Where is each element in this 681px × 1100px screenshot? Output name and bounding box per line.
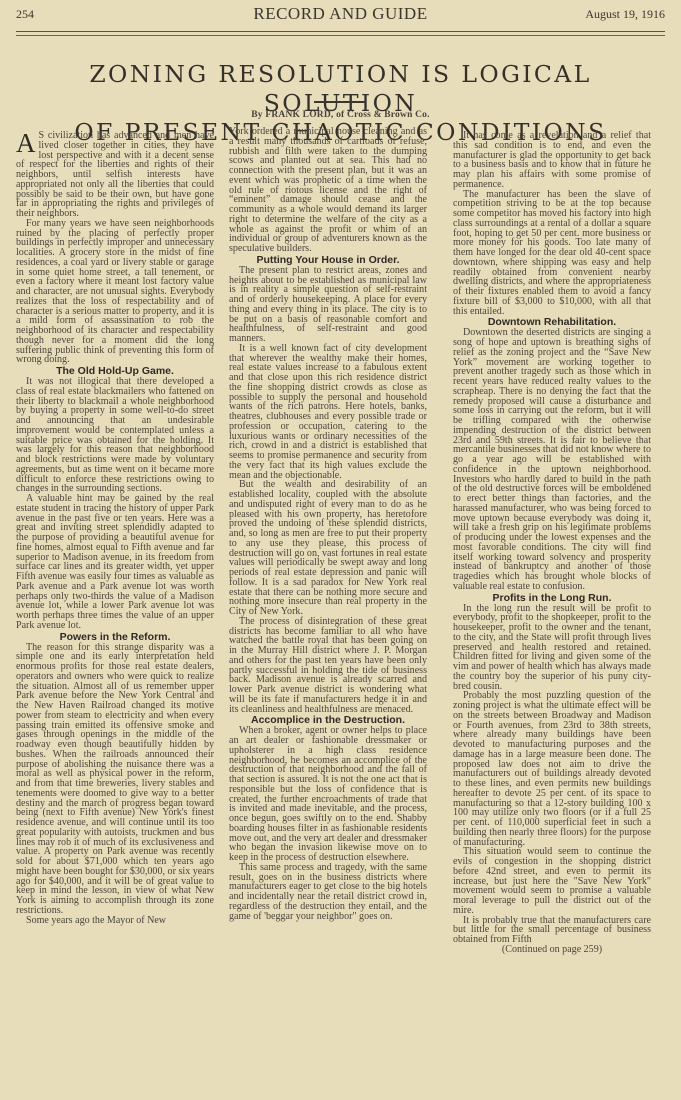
paragraph: The manufacturer has been the slave of c…: [453, 190, 651, 317]
paragraph: Some years ago the Mayor of New: [16, 916, 214, 926]
paragraph: For many years we have seen neighborhood…: [16, 219, 214, 365]
continued-note: (Continued on page 259): [453, 945, 651, 955]
article-column-2: York ordered a municipal house cleaning …: [229, 127, 427, 921]
paragraph: The present plan to restrict areas, zone…: [229, 266, 427, 344]
paragraph: York ordered a municipal house cleaning …: [229, 127, 427, 254]
paragraph: It is a well known fact of city developm…: [229, 344, 427, 481]
magazine-page: 254 RECORD AND GUIDE August 19, 1916 ZON…: [0, 0, 681, 1100]
article-column-1: AS civilization has advanced and men hav…: [16, 131, 214, 925]
paragraph: In the long run the result will be profi…: [453, 604, 651, 692]
section-heading: Putting Your House in Order.: [229, 254, 427, 266]
header-double-rule: [16, 31, 665, 36]
paragraph: The reason for this strange disparity wa…: [16, 643, 214, 916]
publication-title: RECORD AND GUIDE: [0, 4, 681, 24]
paragraph: But the wealth and desirability of an es…: [229, 480, 427, 617]
paragraph: AS civilization has advanced and men hav…: [16, 131, 214, 219]
paragraph: A valuable hint may be gained by the rea…: [16, 494, 214, 631]
paragraph: It was not illogical that there develope…: [16, 377, 214, 494]
paragraph: It has come as a revelation and a relief…: [453, 131, 651, 190]
drop-cap: A: [16, 133, 36, 153]
paragraph: Downtown the deserted districts are sing…: [453, 328, 651, 591]
paragraph: When a broker, agent or owner helps to p…: [229, 726, 427, 863]
issue-date: August 19, 1916: [585, 7, 665, 22]
paragraph: Probably the most puzzling question of t…: [453, 691, 651, 847]
section-heading: Profits in the Long Run.: [453, 592, 651, 604]
paragraph: It is probably true that the manufacture…: [453, 916, 651, 945]
section-heading: Powers in the Reform.: [16, 631, 214, 643]
article-column-3: It has come as a revelation and a relief…: [453, 131, 651, 955]
paragraph: The process of disintegration of these g…: [229, 617, 427, 715]
paragraph: This situation would seem to continue th…: [453, 847, 651, 915]
byline: By FRANK LORD, of Cross & Brown Co.: [0, 110, 681, 120]
paragraph: This same process and tragedy, with the …: [229, 863, 427, 922]
title-rule: [314, 101, 366, 103]
